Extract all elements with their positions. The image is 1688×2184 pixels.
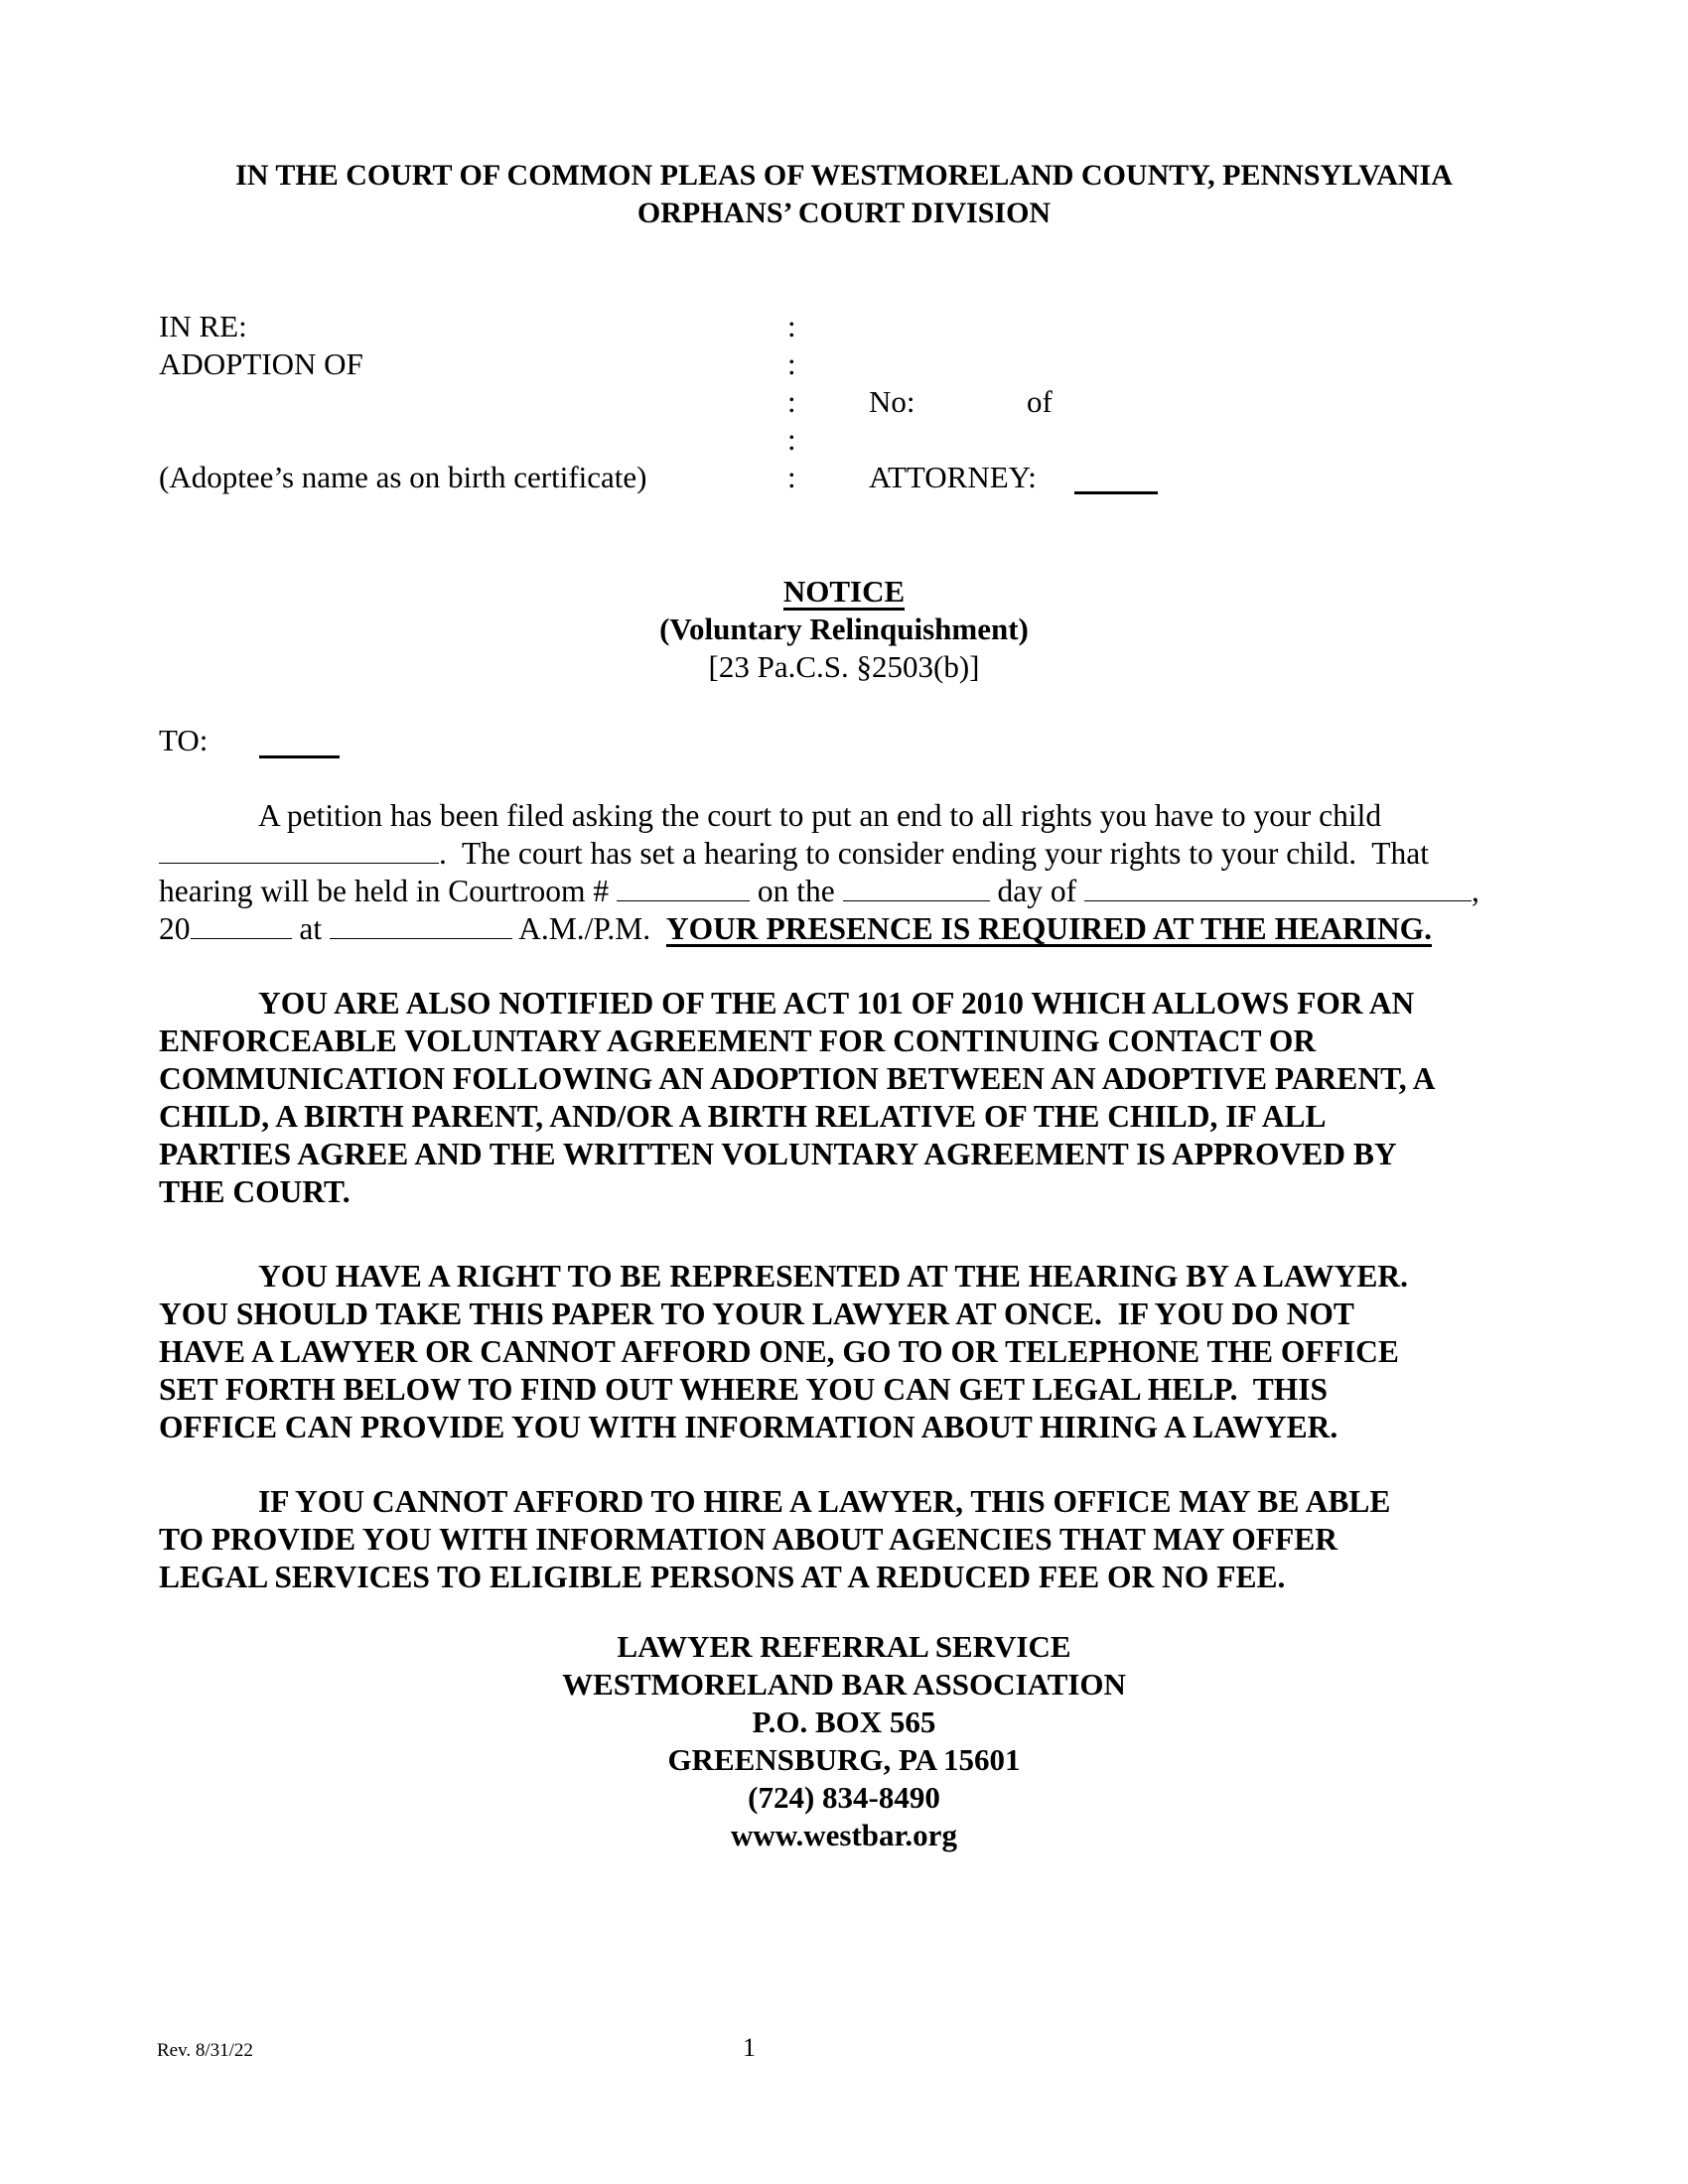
- paragraph-text: day of: [990, 874, 1084, 908]
- caption-colon: :: [787, 309, 796, 344]
- paragraph-line: OFFICE CAN PROVIDE YOU WITH INFORMATION …: [159, 1409, 1529, 1446]
- attorney-blank-line: [1074, 491, 1158, 494]
- paragraph-line: YOU SHOULD TAKE THIS PAPER TO YOUR LAWYE…: [159, 1296, 1529, 1333]
- paragraph-line: COMMUNICATION FOLLOWING AN ADOPTION BETW…: [159, 1060, 1529, 1098]
- docket-of-label: of: [1027, 384, 1053, 420]
- website-link[interactable]: www.westbar.org: [0, 1817, 1688, 1854]
- statute-citation: [23 Pa.C.S. §2503(b)]: [0, 649, 1688, 685]
- bar-association-name: WESTMORELAND BAR ASSOCIATION: [0, 1666, 1688, 1704]
- lawyer-referral-block: LAWYER REFERRAL SERVICE WESTMORELAND BAR…: [0, 1628, 1688, 1854]
- paragraph-line: LEGAL SERVICES TO ELIGIBLE PERSONS AT A …: [159, 1559, 1529, 1596]
- child-name-blank: [159, 837, 439, 864]
- paragraph-text: 20: [159, 911, 191, 946]
- paragraph-line: YOU HAVE A RIGHT TO BE REPRESENTED AT TH…: [159, 1258, 1529, 1296]
- act-101-paragraph: YOU ARE ALSO NOTIFIED OF THE ACT 101 OF …: [159, 985, 1529, 1211]
- paragraph-line: ENFORCEABLE VOLUNTARY AGREEMENT FOR CONT…: [159, 1023, 1529, 1060]
- caption-colon: :: [787, 422, 796, 458]
- paragraph-line: A petition has been filed asking the cou…: [159, 797, 1529, 835]
- referral-service-name: LAWYER REFERRAL SERVICE: [0, 1628, 1688, 1666]
- attorney-label: ATTORNEY:: [869, 460, 1037, 495]
- po-box: P.O. BOX 565: [0, 1704, 1688, 1741]
- right-to-lawyer-paragraph: YOU HAVE A RIGHT TO BE REPRESENTED AT TH…: [159, 1258, 1529, 1446]
- revision-date: Rev. 8/31/22: [157, 2040, 253, 2062]
- court-header-line2: ORPHANS’ COURT DIVISION: [0, 197, 1688, 230]
- notice-subtitle: (Voluntary Relinquishment): [0, 612, 1688, 647]
- paragraph-text: on the: [750, 874, 843, 908]
- adoption-of-label: ADOPTION OF: [159, 346, 363, 382]
- recipient-blank-line: [259, 755, 340, 758]
- paragraph-text: ,: [1472, 874, 1479, 908]
- city-state-zip: GREENSBURG, PA 15601: [0, 1741, 1688, 1779]
- phone-number: (724) 834-8490: [0, 1779, 1688, 1817]
- year-blank: [191, 912, 292, 939]
- paragraph-text: hearing will be held in Courtroom #: [159, 874, 617, 908]
- docket-no-label: No:: [869, 384, 915, 420]
- courtroom-blank: [617, 875, 750, 901]
- caption-colon: :: [787, 346, 796, 382]
- paragraph-line: CHILD, A BIRTH PARENT, AND/OR A BIRTH RE…: [159, 1098, 1529, 1136]
- time-blank: [330, 912, 512, 939]
- paragraph-line: YOU ARE ALSO NOTIFIED OF THE ACT 101 OF …: [159, 985, 1529, 1023]
- notice-title: NOTICE: [783, 576, 905, 611]
- paragraph-line: IF YOU CANNOT AFFORD TO HIRE A LAWYER, T…: [159, 1483, 1529, 1521]
- paragraph-line: . The court has set a hearing to conside…: [439, 836, 1429, 871]
- adoptee-name-note: (Adoptee’s name as on birth certificate): [159, 460, 647, 495]
- caption-colon: :: [787, 384, 796, 420]
- to-label: TO:: [159, 723, 208, 758]
- court-header-line1: IN THE COURT OF COMMON PLEAS OF WESTMORE…: [0, 159, 1688, 193]
- paragraph-line: PARTIES AGREE AND THE WRITTEN VOLUNTARY …: [159, 1136, 1529, 1173]
- paragraph-line: HAVE A LAWYER OR CANNOT AFFORD ONE, GO T…: [159, 1333, 1529, 1371]
- in-re-label: IN RE:: [159, 309, 247, 344]
- paragraph-text: A.M./P.M.: [512, 911, 666, 946]
- paragraph-line: THE COURT.: [159, 1173, 1529, 1211]
- day-blank: [843, 875, 990, 901]
- hearing-paragraph: A petition has been filed asking the cou…: [159, 797, 1529, 948]
- presence-required-notice: YOUR PRESENCE IS REQUIRED AT THE HEARING…: [666, 911, 1432, 946]
- paragraph-text: at: [292, 911, 330, 946]
- caption-colon: :: [787, 460, 796, 495]
- paragraph-line: SET FORTH BELOW TO FIND OUT WHERE YOU CA…: [159, 1371, 1529, 1409]
- cannot-afford-paragraph: IF YOU CANNOT AFFORD TO HIRE A LAWYER, T…: [159, 1483, 1529, 1596]
- page-number: 1: [743, 2033, 756, 2063]
- paragraph-line: TO PROVIDE YOU WITH INFORMATION ABOUT AG…: [159, 1521, 1529, 1559]
- month-blank: [1084, 875, 1472, 901]
